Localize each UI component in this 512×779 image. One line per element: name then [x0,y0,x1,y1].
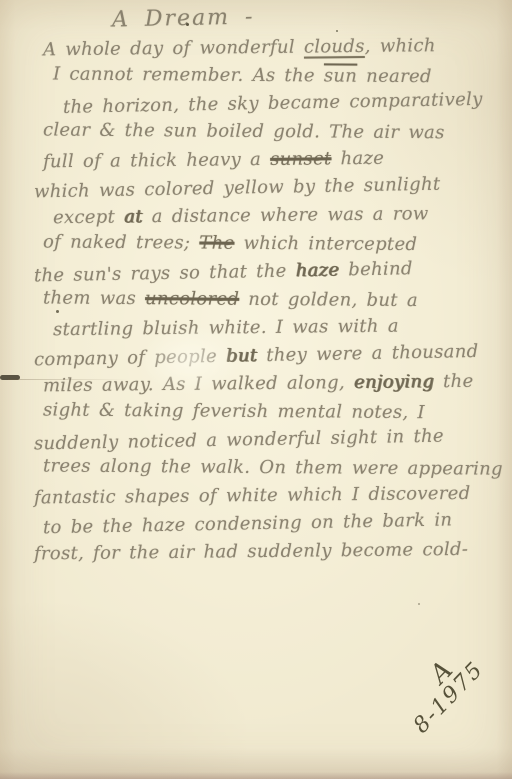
manuscript-segment: haze [331,148,384,170]
manuscript-segment: , which [365,35,436,57]
manuscript-lines: A whole day of wonderful clouds, whichI … [34,34,494,566]
manuscript-segment: I cannot remember. As the [53,64,324,87]
manuscript-segment-overline: sun [324,65,357,86]
manuscript-segment: which was colored yellow by the sunlight [34,174,441,203]
manuscript-segment-struck: The [199,233,234,254]
manuscript-segment-overwrite: at [124,206,143,227]
manuscript-segment: them was [43,287,145,309]
manuscript-segment: to be the haze condensing on the bark in [43,509,453,538]
ink-dot [186,23,189,26]
manuscript-segment: fantastic shapes of white which I discov… [34,483,471,509]
manuscript-segment: trees along the walk. On them were appea… [43,455,503,479]
manuscript-segment: which intercepted [234,233,417,255]
ink-dot [56,310,59,313]
manuscript-segment: the sun's rays so that the [34,260,296,286]
manuscript-segment-underline: clouds [304,36,365,58]
manuscript-segment: the horizon, the sky became comparativel… [63,89,483,118]
paper-crease [8,379,128,380]
manuscript-segment: sight & taking feverish mental notes, I [43,399,425,423]
manuscript-page: A Dream - A whole day of wonderful cloud… [0,0,512,779]
paper-stain [140,325,240,395]
ink-dot [336,30,338,32]
manuscript-segment-overwrite: enjoying [354,371,434,393]
manuscript-segment: not golden, but a [239,289,418,311]
manuscript-segment: neared [357,66,432,88]
manuscript-segment: behind [339,258,413,280]
manuscript-segment: except [53,206,124,228]
manuscript-segment: A whole day of wonderful [43,37,304,61]
manuscript-segment: clear & the sun boiled gold. The air was [43,119,445,143]
manuscript-line: trees along the walk. On them were appea… [34,452,494,483]
manuscript-segment-struck: sunset [270,148,332,170]
manuscript-segment: suddenly noticed a wonderful sight in th… [34,426,444,455]
manuscript-segment: they were a thousand [257,341,479,366]
manuscript-line: them was uncolored not golden, but a [34,284,494,315]
manuscript-line: clear & the sun boiled gold. The air was [34,116,494,147]
manuscript-segment: of naked trees; [43,231,199,253]
manuscript-segment-struck: uncolored [145,288,239,310]
catalog-annotation: A 8-1975 [384,632,500,750]
manuscript-title: A Dream - [112,5,255,33]
ink-dot [418,603,420,605]
manuscript-segment: frost, for the air had suddenly become c… [34,539,468,565]
manuscript-line: miles away. As I walked along, enjoying … [34,368,494,401]
manuscript-segment: the [434,371,474,392]
manuscript-segment: a distance where was a row [143,203,429,227]
manuscript-line: except at a distance where was a row [34,200,494,233]
manuscript-line: frost, for the air had suddenly become c… [34,536,494,569]
manuscript-segment-overwrite: haze [295,260,339,282]
scan-edge-shading [0,772,512,779]
manuscript-segment: full of a thick heavy a [43,149,270,172]
manuscript-line: A whole day of wonderful clouds, which [34,32,494,65]
